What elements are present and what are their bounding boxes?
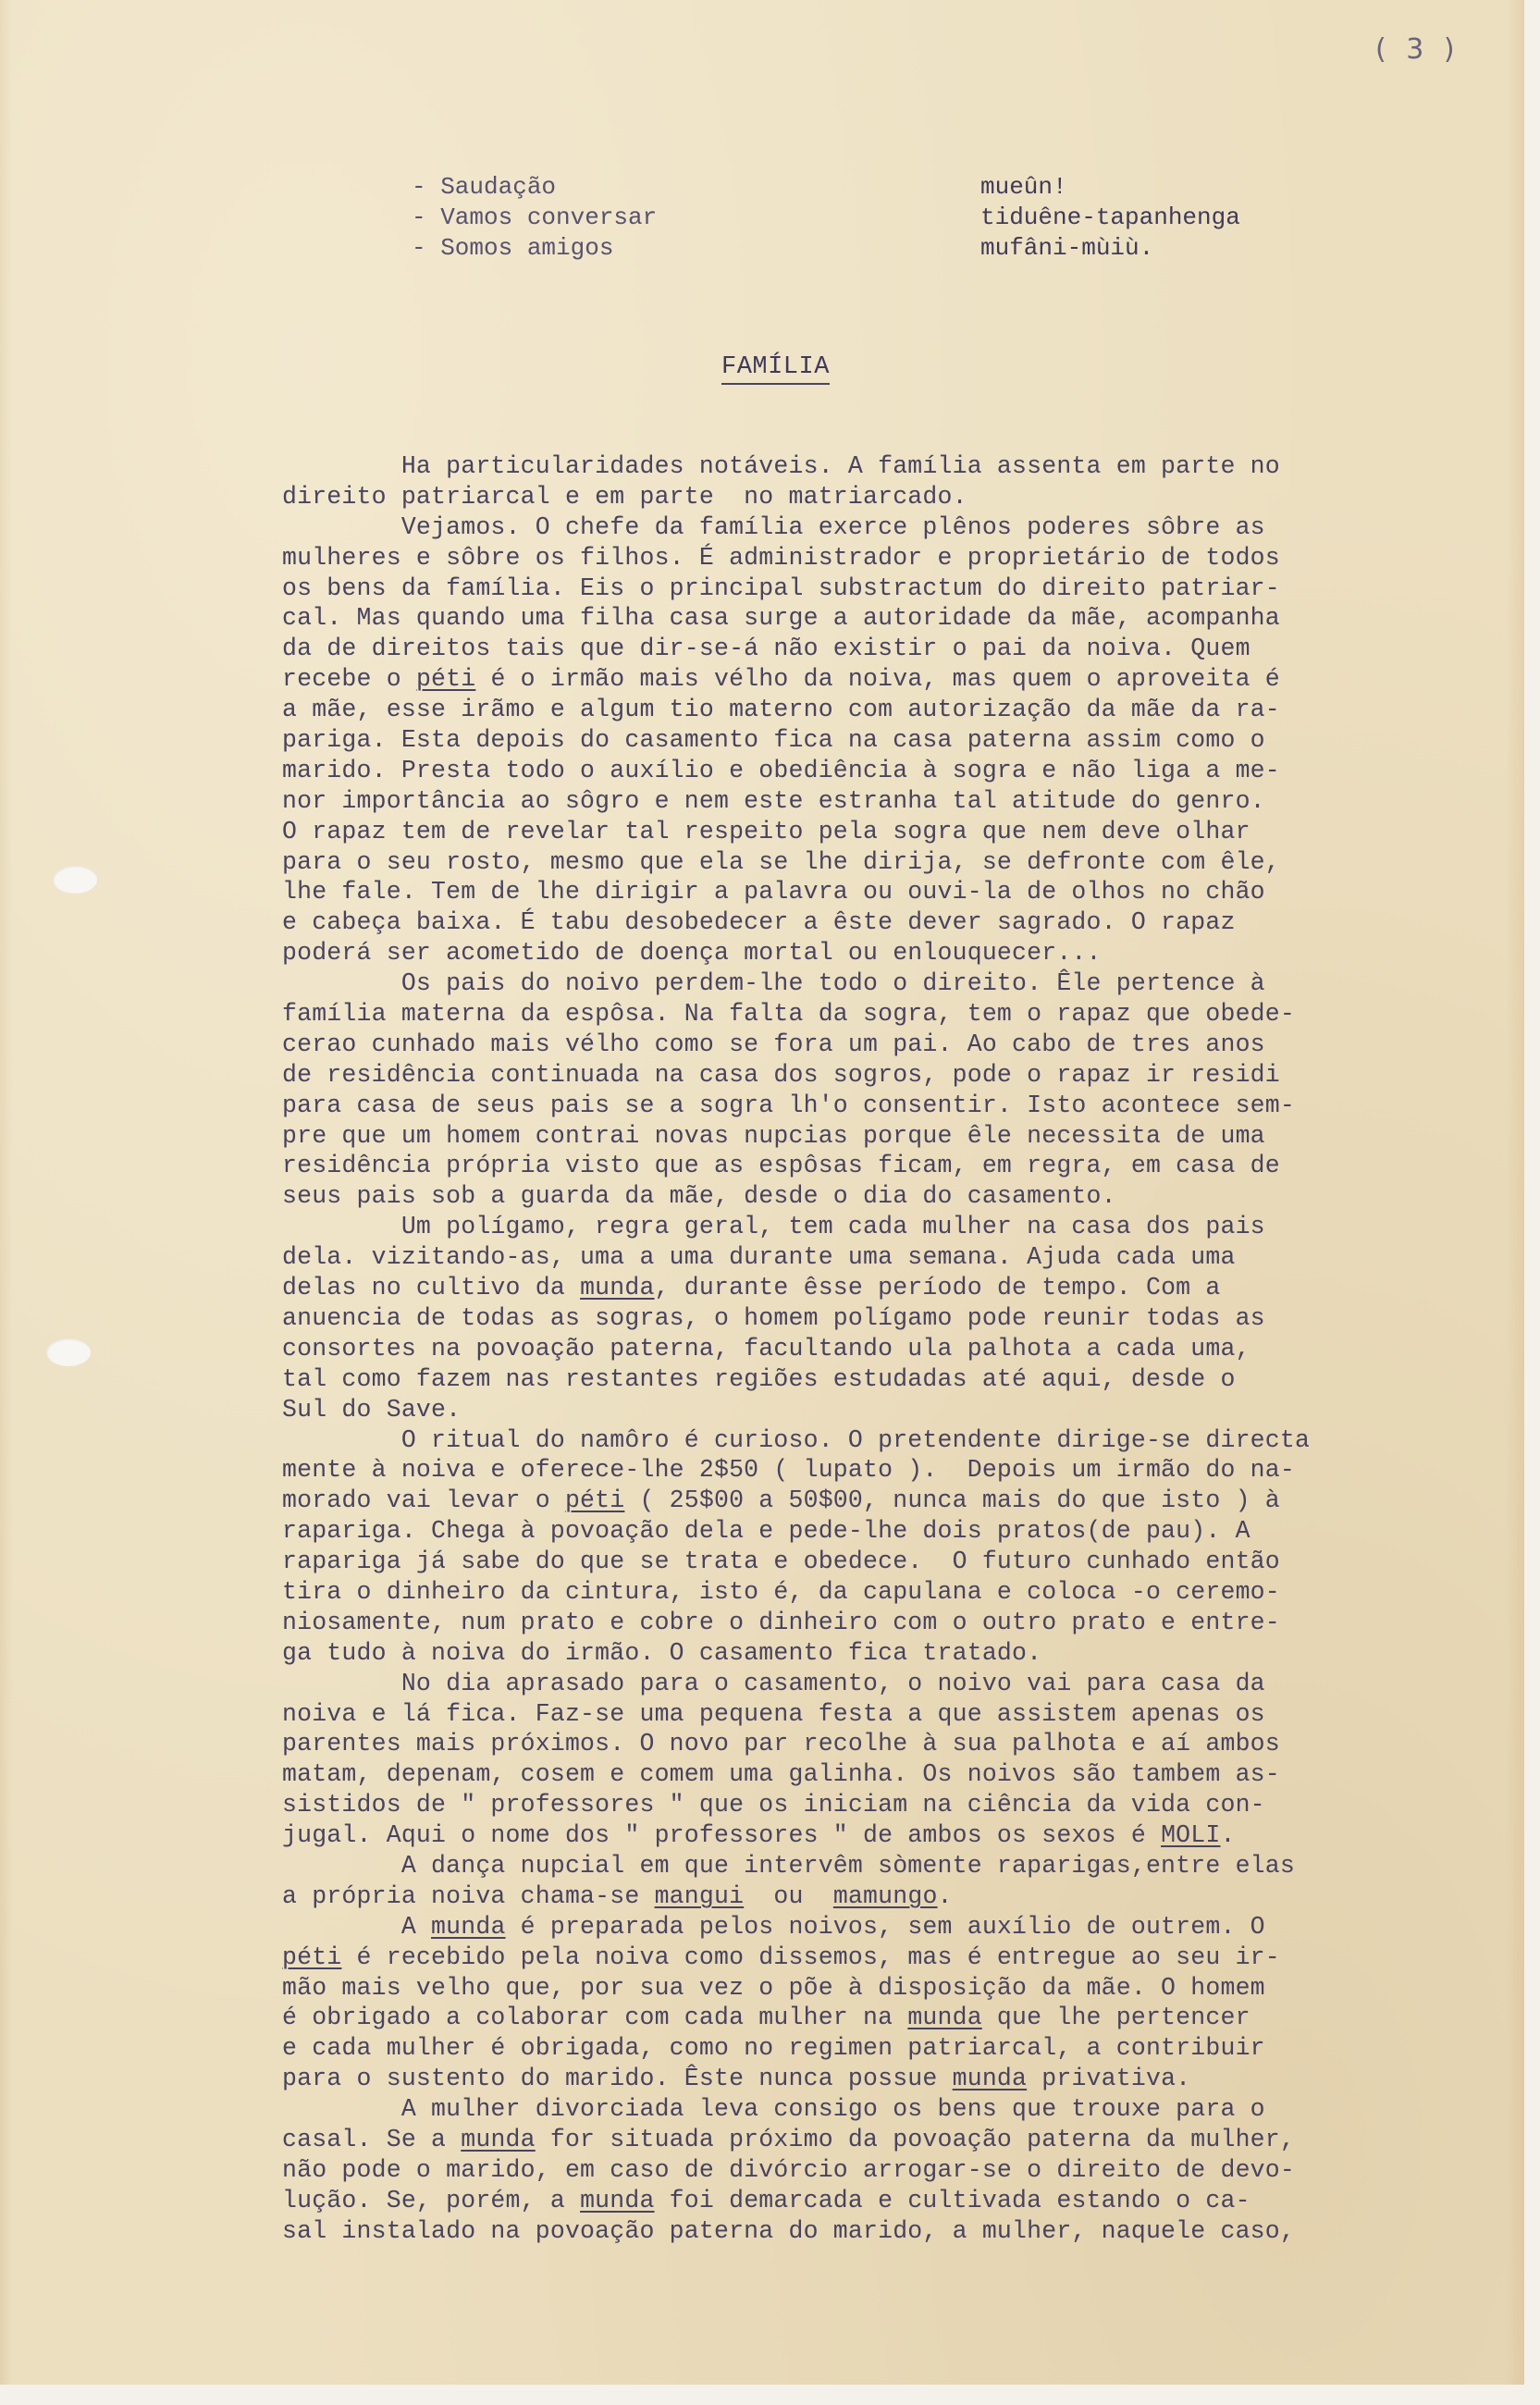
text-line: delas no cultivo da munda, durante êsse … [282,1273,1522,1303]
page-number: ( 3 ) [1375,33,1460,66]
text-line: A munda é preparada pelos noivos, sem au… [282,1912,1522,1942]
underlined-term: MOLI [1161,1821,1220,1849]
text-line: dela. vizitando-as, uma a uma durante um… [282,1242,1522,1273]
text-line: tal como fazem nas restantes regiões est… [282,1364,1522,1395]
text-line: rapariga já sabe do que se trata e obede… [282,1547,1522,1577]
text-line: residência própria visto que as espôsas … [282,1151,1522,1181]
text-line: noiva e lá fica. Faz-se uma pequena fest… [282,1699,1522,1730]
text-line: mulheres e sôbre os filhos. É administra… [282,543,1522,573]
section-heading: FAMÍLIA [721,353,830,385]
underlined-term: péti [565,1486,624,1514]
underlined-term: munda [461,2126,536,2153]
text-line: niosamente, num prato e cobre o dinheiro… [282,1608,1522,1638]
underlined-term: mamungo [833,1882,938,1910]
text-line: os bens da família. Eis o principal subs… [282,573,1522,604]
text-line: e cabeça baixa. É tabu desobedecer a êst… [282,907,1522,938]
text-line: A mulher divorciada leva consigo os bens… [282,2094,1522,2125]
document-page: ( 3 ) - Saudação mueûn! - Vamos conversa… [0,0,1524,2385]
text-line: para casa de seus pais se a sogra lh'o c… [282,1091,1522,1121]
text-line: de residência continuada na casa dos sog… [282,1060,1522,1091]
phrase-portuguese: - Somos amigos [412,233,613,264]
text-line: pre que um homem contrai novas nupcias p… [282,1121,1522,1152]
text-line: No dia aprasado para o casamento, o noiv… [282,1669,1522,1699]
text-line: péti é recebido pela noiva como dissemos… [282,1942,1522,1973]
text-line: Sul do Save. [282,1395,1522,1425]
underlined-term: munda [907,2004,982,2031]
punch-hole-bottom [46,1338,91,1366]
text-line: lhe fale. Tem de lhe dirigir a palavra o… [282,877,1522,907]
text-line: mão mais velho que, por sua vez o põe à … [282,1973,1522,2004]
text-line: consortes na povoação paterna, facultand… [282,1334,1522,1364]
underlined-term: péti [416,665,475,693]
punch-hole-top [53,866,97,894]
phrase-native: mueûn! [980,172,1067,203]
text-line: morado vai levar o péti ( 25$00 a 50$00,… [282,1486,1522,1516]
phrase-native: mufâni-mùiù. [980,233,1153,264]
text-line: matam, depenam, cosem e comem uma galinh… [282,1759,1522,1790]
text-line: da de direitos tais que dir-se-á não exi… [282,634,1522,664]
text-line: Um polígamo, regra geral, tem cada mulhe… [282,1212,1522,1242]
text-line: ga tudo à noiva do irmão. O casamento fi… [282,1638,1522,1669]
text-line: direito patriarcal e em parte no matriar… [282,482,1522,512]
text-line: poderá ser acometido de doença mortal ou… [282,938,1522,968]
text-line: sal instalado na povoação paterna do mar… [282,2216,1522,2247]
text-line: A dança nupcial em que intervêm sòmente … [282,1851,1522,1881]
text-line: rapariga. Chega à povoação dela e pede-l… [282,1516,1522,1547]
text-line: marido. Presta todo o auxílio e obediênc… [282,756,1522,786]
body-text: Ha particularidades notáveis. A família … [282,451,1522,2247]
text-line: Ha particularidades notáveis. A família … [282,451,1522,482]
underlined-term: munda [580,2187,655,2214]
underlined-term: munda [431,1913,506,1941]
text-line: casal. Se a munda for situada próximo da… [282,2125,1522,2155]
text-line: para o seu rosto, mesmo que ela se lhe d… [282,847,1522,878]
text-line: mente à noiva e oferece-lhe 2$50 ( lupat… [282,1455,1522,1486]
text-line: para o sustento do marido. Êste nunca po… [282,2064,1522,2094]
text-line: a mãe, esse irãmo e algum tio materno co… [282,695,1522,725]
underlined-term: péti [282,1943,341,1971]
text-line: lução. Se, porém, a munda foi demarcada … [282,2186,1522,2216]
text-line: sistidos de " professores " que os inici… [282,1790,1522,1820]
phrase-portuguese: - Vamos conversar [412,203,657,233]
text-line: jugal. Aqui o nome dos " professores " d… [282,1820,1522,1851]
text-line: cal. Mas quando uma filha casa surge a a… [282,603,1522,634]
text-line: pariga. Esta depois do casamento fica na… [282,725,1522,756]
text-line: nor importância ao sôgro e nem este estr… [282,786,1522,817]
text-line: e cada mulher é obrigada, como no regime… [282,2033,1522,2064]
text-line: O rapaz tem de revelar tal respeito pela… [282,817,1522,847]
text-line: não pode o marido, em caso de divórcio a… [282,2155,1522,2186]
underlined-term: mangui [655,1882,745,1910]
phrase-portuguese: - Saudação [412,172,556,203]
text-line: seus pais sob a guarda da mãe, desde o d… [282,1181,1522,1212]
phrase-native: tiduêne-tapanhenga [980,203,1240,233]
underlined-term: munda [580,1274,655,1301]
text-line: anuencia de todas as sogras, o homem pol… [282,1303,1522,1334]
text-line: tira o dinheiro da cintura, isto é, da c… [282,1577,1522,1608]
text-line: a própria noiva chama-se mangui ou mamun… [282,1881,1522,1912]
text-line: Os pais do noivo perdem-lhe todo o direi… [282,968,1522,999]
text-line: O ritual do namôro é curioso. O pretende… [282,1425,1522,1456]
text-line: parentes mais próximos. O novo par recol… [282,1729,1522,1759]
text-line: cerao cunhado mais vélho como se fora um… [282,1030,1522,1060]
text-line: recebe o péti é o irmão mais vélho da no… [282,664,1522,695]
text-line: é obrigado a colaborar com cada mulher n… [282,2003,1522,2033]
underlined-term: munda [953,2065,1028,2092]
text-line: Vejamos. O chefe da família exerce plêno… [282,512,1522,543]
text-line: família materna da espôsa. Na falta da s… [282,999,1522,1030]
